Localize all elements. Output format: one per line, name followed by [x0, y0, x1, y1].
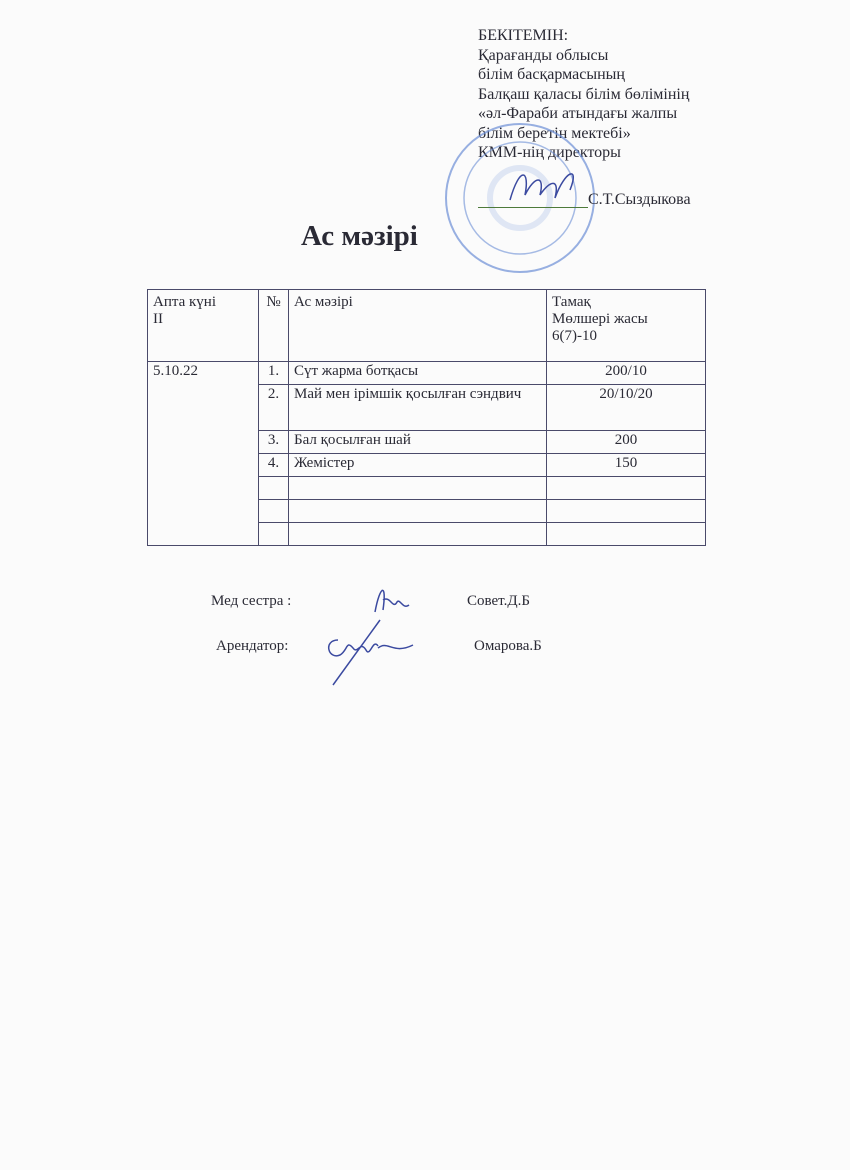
approval-line: Балқаш қаласы білім бөлімінің — [478, 85, 689, 105]
tenant-label: Арендатор: — [216, 638, 288, 655]
approval-line: БЕКІТЕМІН: — [478, 26, 689, 46]
header-number: № — [259, 290, 289, 362]
nurse-label: Мед сестра : — [211, 593, 291, 610]
tenant-signature-icon — [318, 610, 418, 690]
director-signature-icon — [500, 160, 590, 210]
tenant-name: Омарова.Б — [474, 638, 542, 655]
approval-line: білім басқармасының — [478, 65, 689, 85]
header-day: Апта күніII — [148, 290, 259, 362]
page-title: Ас мәзірі — [301, 220, 418, 253]
date-cell: 5.10.22 — [148, 362, 259, 546]
menu-table: Апта күніII № Ас мәзірі ТамақМөлшері жас… — [147, 289, 706, 546]
director-name: С.Т.Сыздыкова — [588, 191, 691, 209]
header-menu: Ас мәзірі — [289, 290, 547, 362]
nurse-name: Совет.Д.Б — [467, 593, 530, 610]
header-portion: ТамақМөлшері жасы6(7)-10 — [547, 290, 706, 362]
table-header-row: Апта күніII № Ас мәзірі ТамақМөлшері жас… — [148, 290, 706, 362]
approval-line: Қарағанды облысы — [478, 46, 689, 66]
table-row: 5.10.22 1. Сүт жарма ботқасы 200/10 — [148, 362, 706, 385]
